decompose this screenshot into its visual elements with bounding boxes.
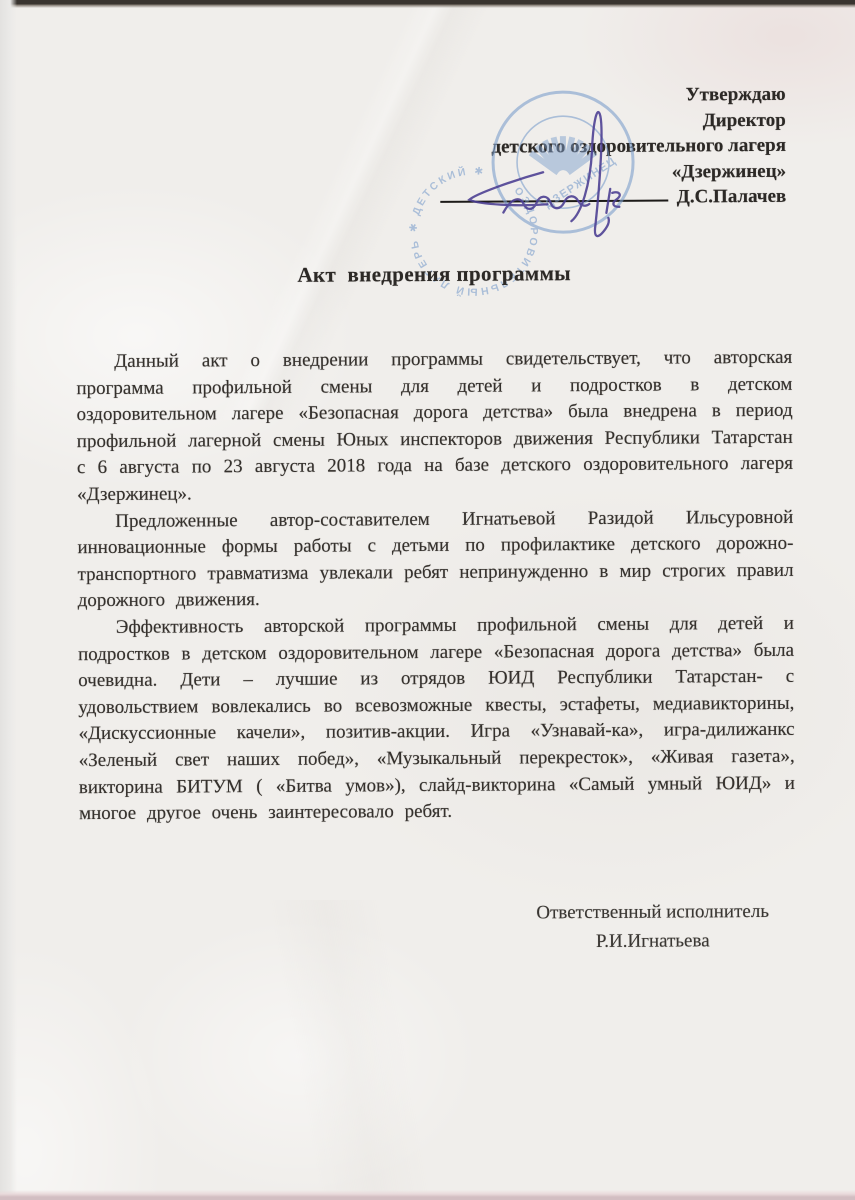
approval-line-4: «Дзержинец»	[492, 158, 787, 185]
executor-name: Р.И.Игнатьева	[443, 926, 855, 957]
director-name: Д.С.Палачев	[492, 184, 787, 211]
approval-block: Утверждаю Директор детского оздоровитель…	[491, 82, 786, 211]
document-content: Утверждаю Директор детского оздоровитель…	[0, 0, 855, 1200]
executor-title: Ответственный исполнитель	[443, 897, 855, 928]
document-title: Акт внедрения программы	[7, 259, 855, 289]
paragraph-3: Эффективность авторской программы профил…	[78, 611, 795, 828]
approval-line-3: детского оздоровительного лагеря	[491, 133, 786, 160]
approval-line-2: Директор	[491, 107, 786, 134]
paragraph-1: Данный акт о внедрении программы свидете…	[76, 345, 793, 509]
executor-block: Ответственный исполнитель Р.И.Игнатьева	[443, 897, 855, 957]
approval-line-1: Утверждаю	[491, 82, 786, 109]
document-body: Данный акт о внедрении программы свидете…	[76, 345, 795, 828]
paragraph-2: Предложенные автор-составителем Игнатьев…	[77, 504, 794, 615]
